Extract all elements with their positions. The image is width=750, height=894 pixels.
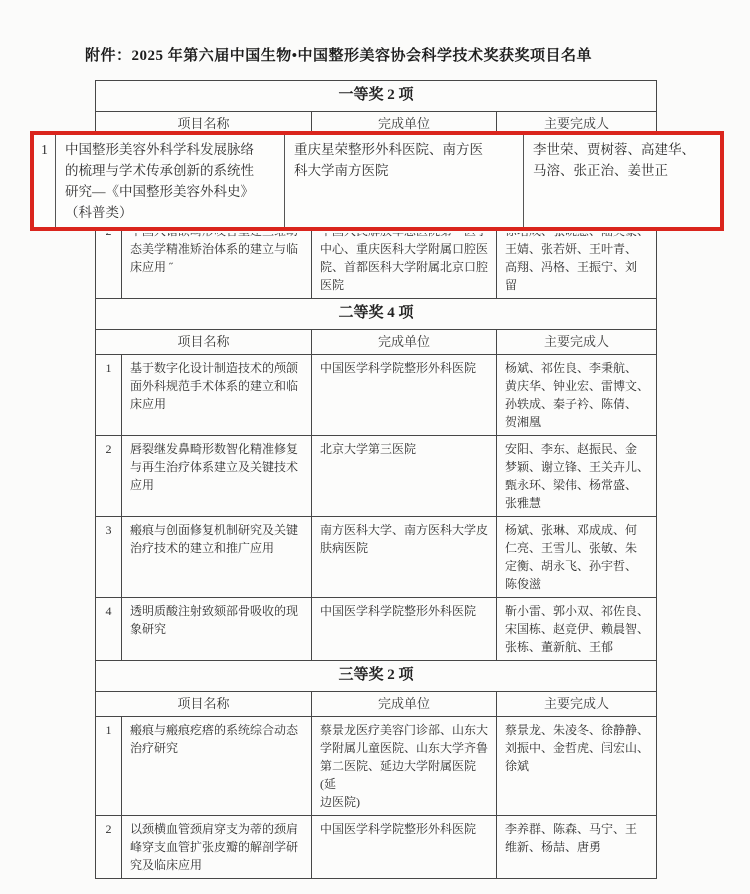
- section-header-second-prize: 二等奖 4 项: [96, 298, 656, 329]
- column-header-row-third-prize: 项目名称 完成单位 主要完成人: [96, 691, 656, 716]
- row-number-cell: 4: [96, 598, 121, 660]
- completing-unit-cell: 重庆星荣整形外科医院、南方医 科大学南方医院: [285, 135, 524, 227]
- obscured-text-line: 中国人民解放军总医院第一医学: [320, 233, 490, 240]
- row-number-cell: 1: [96, 355, 121, 435]
- project-name-cell: 中国人错颌畸形咬合重建三维动 态美学精准矫治体系的建立与临 床应用 ˝: [121, 226, 311, 298]
- main-contributors-cell: 李养群、陈森、马宁、王 维新、杨喆、唐勇: [496, 816, 656, 878]
- column-header-unit: 完成单位: [311, 330, 496, 354]
- completing-unit-cell: 中国医学科学院整形外科医院: [311, 598, 496, 660]
- row-number-cell: 2: [96, 226, 121, 298]
- column-header-people: 主要完成人: [496, 692, 656, 716]
- column-header-unit: 完成单位: [311, 692, 496, 716]
- obscured-row-number: 2: [96, 233, 121, 240]
- table-row-second-prize-2: 2 唇裂继发鼻畸形数智化精准修复 与再生治疗体系建立及关键技术 应用 北京大学第…: [96, 435, 656, 516]
- table-row-third-prize-1: 1 瘢痕与瘢痕疙瘩的系统综合动态 治疗研究 蔡景龙医疗美容门诊部、山东大 学附属…: [96, 716, 656, 815]
- project-name-cell: 以颈横血管颈肩穿支为蒂的颈肩 峰穿支血管扩张皮瓣的解剖学研 究及临床应用: [121, 816, 311, 878]
- column-header-row-second-prize: 项目名称 完成单位 主要完成人: [96, 329, 656, 354]
- main-contributors-cell: 安阳、李东、赵振民、金 梦颖、谢立锋、王关卉儿、 甄永环、梁伟、杨常盛、 张雅慧: [496, 436, 656, 516]
- project-name-cell: 透明质酸注射致颏部骨吸收的现 象研究: [121, 598, 311, 660]
- completing-unit-cell: 南方医科大学、南方医科大学皮 肤病医院: [311, 517, 496, 597]
- row-number-cell: 2: [96, 436, 121, 516]
- row-number-cell: 3: [96, 517, 121, 597]
- main-contributors-cell: 靳小雷、郭小双、祁佐良、 宋国栋、赵竞伊、赖晨智、 张栋、董新航、王郁: [496, 598, 656, 660]
- table-row-second-prize-3: 3 瘢痕与创面修复机制研究及关键 治疗技术的建立和推广应用 南方医科大学、南方医…: [96, 516, 656, 597]
- main-contributors-cell: 徐培成、张晓慧、陆英豪、 王婧、张若妍、王叶青、 高翔、冯格、王振宁、刘 留: [496, 226, 656, 298]
- column-header-people: 主要完成人: [496, 330, 656, 354]
- column-header-project: 项目名称: [96, 692, 311, 716]
- highlight-red-box: 1 中国整形美容外科学科发展脉络 的梳理与学术传承创新的系统性 研究—《中国整形…: [30, 131, 724, 231]
- document-title: 附件：2025 年第六届中国生物•中国整形美容协会科学技术奖获奖项目名单: [85, 44, 685, 65]
- completing-unit-cell: 北京大学第三医院: [311, 436, 496, 516]
- row-number-cell: 1: [96, 717, 121, 815]
- row-number-cell: 1: [34, 135, 56, 227]
- row-number-cell: 2: [96, 816, 121, 878]
- project-name-cell: 中国整形美容外科学科发展脉络 的梳理与学术传承创新的系统性 研究—《中国整形美容…: [56, 135, 285, 227]
- project-name-cell: 瘢痕与创面修复机制研究及关键 治疗技术的建立和推广应用: [121, 517, 311, 597]
- main-contributors-cell: 李世荣、贾树蓉、高建华、 马溶、张正治、姜世正: [524, 135, 720, 227]
- completing-unit-cell: 中国医学科学院整形外科医院: [311, 355, 496, 435]
- table-row-second-prize-4: 4 透明质酸注射致颏部骨吸收的现 象研究 中国医学科学院整形外科医院 靳小雷、郭…: [96, 597, 656, 660]
- table-row-first-prize-2: 2 中国人错颌畸形咬合重建三维动 态美学精准矫治体系的建立与临 床应用 ˝ 中国…: [96, 225, 656, 298]
- column-header-project: 项目名称: [96, 330, 311, 354]
- project-name-cell: 唇裂继发鼻畸形数智化精准修复 与再生治疗体系建立及关键技术 应用: [121, 436, 311, 516]
- table-row-second-prize-1: 1 基于数字化设计制造技术的颅颌 面外科规范手术体系的建立和临 床应用 中国医学…: [96, 354, 656, 435]
- project-name-cell: 基于数字化设计制造技术的颅颌 面外科规范手术体系的建立和临 床应用: [121, 355, 311, 435]
- completing-unit-cell: 蔡景龙医疗美容门诊部、山东大 学附属儿童医院、山东大学齐鲁 第二医院、延边大学附…: [311, 717, 496, 815]
- table-row-third-prize-2: 2 以颈横血管颈肩穿支为蒂的颈肩 峰穿支血管扩张皮瓣的解剖学研 究及临床应用 中…: [96, 815, 656, 878]
- completing-unit-cell: 中国人民解放军总医院第一医学 中心、重庆医科大学附属口腔医 院、首都医科大学附属…: [311, 226, 496, 298]
- section-header-first-prize: 一等奖 2 项: [96, 81, 656, 111]
- scanned-document-page: 附件：2025 年第六届中国生物•中国整形美容协会科学技术奖获奖项目名单 一等奖…: [0, 0, 750, 894]
- obscured-text-line: 徐培成、张晓慧、陆英豪、: [505, 233, 650, 240]
- main-contributors-cell: 杨斌、祁佐良、李秉航、 黄庆华、钟业宏、雷博文、 孙轶成、秦子衿、陈倩、 贺湘凰: [496, 355, 656, 435]
- project-name-cell: 瘢痕与瘢痕疙瘩的系统综合动态 治疗研究: [121, 717, 311, 815]
- obscured-text-line: 中国人错颌畸形咬合重建三维动: [130, 233, 305, 240]
- section-header-third-prize: 三等奖 2 项: [96, 660, 656, 691]
- main-contributors-cell: 蔡景龙、朱凌冬、徐静静、 刘振中、金哲虎、闫宏山、 徐斌: [496, 717, 656, 815]
- completing-unit-cell: 中国医学科学院整形外科医院: [311, 816, 496, 878]
- main-contributors-cell: 杨斌、张琳、邓成成、何 仁亮、王雪儿、张敏、朱 定衡、胡永飞、孙宇哲、 陈俊滋: [496, 517, 656, 597]
